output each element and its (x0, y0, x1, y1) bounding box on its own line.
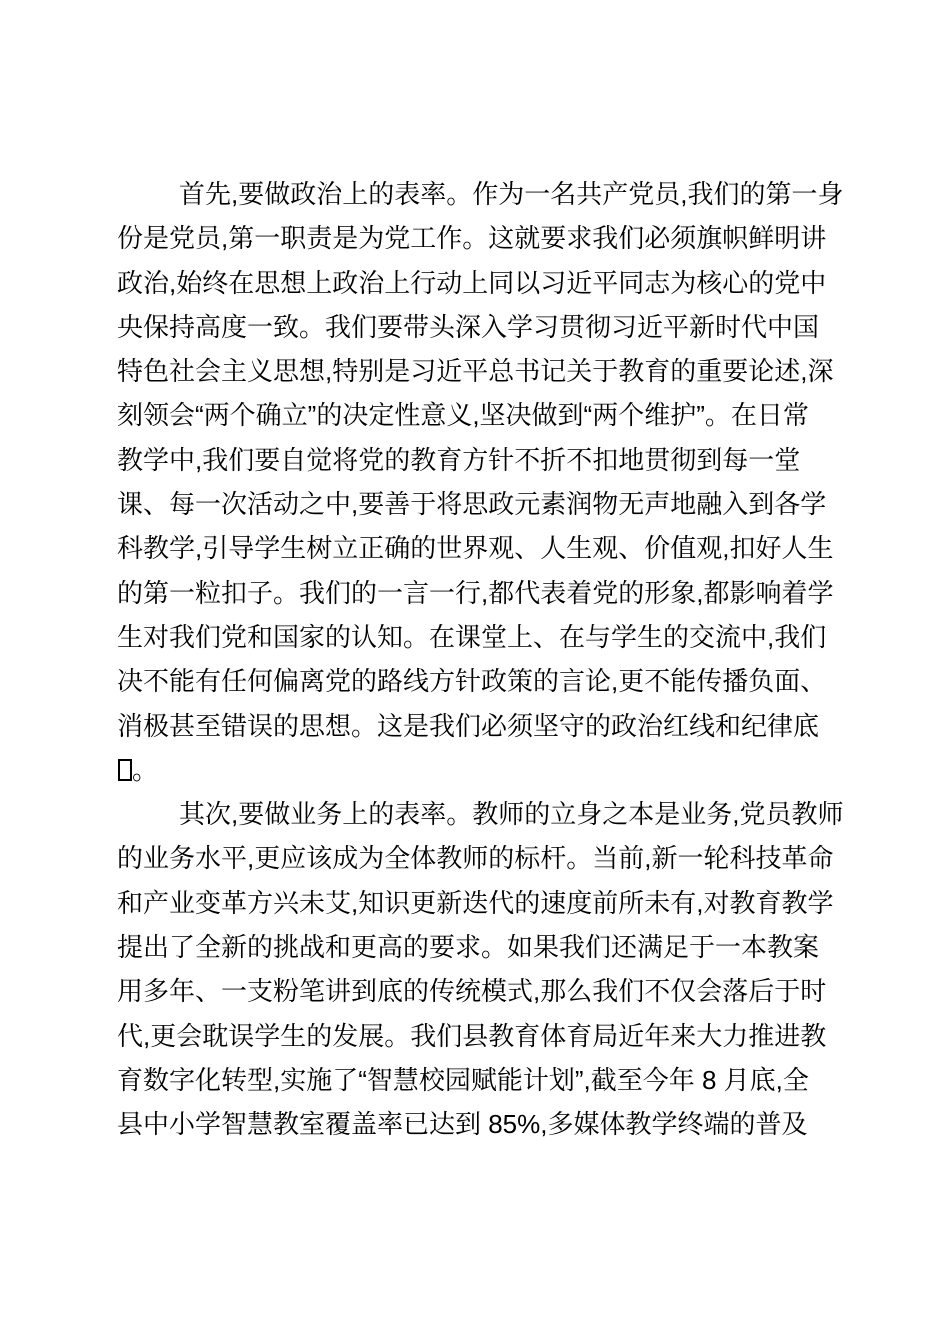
text-line: 决不能有任何偏离党的路线方针政策的言论,更不能传播负面、 (117, 659, 837, 703)
text-after-missing-glyph: 。 (132, 755, 158, 785)
paragraph-1: 首先,要做政治上的表率。作为一名共产党员,我们的第一身 份是党员,第一职责是为党… (117, 172, 950, 792)
text-line: 提出了全新的挑战和更高的要求。如果我们还满足于一本教案 (117, 925, 837, 969)
text-line: 首先,要做政治上的表率。作为一名共产党员,我们的第一身 (117, 172, 837, 216)
text-line: 份是党员,第一职责是为党工作。这就要求我们必须旗帜鲜明讲 (117, 216, 837, 260)
document-page: 首先,要做政治上的表率。作为一名共产党员,我们的第一身 份是党员,第一职责是为党… (0, 0, 950, 1344)
text-line: 科教学,引导学生树立正确的世界观、人生观、价值观,扣好人生 (117, 526, 837, 570)
text-line-with-missing-glyph: 。 (117, 748, 837, 792)
text-line: 刻领会“两个确立”的决定性意义,坚决做到“两个维护”。在日常 (117, 393, 837, 437)
text-line: 用多年、一支粉笔讲到底的传统模式,那么我们不仅会落后于时 (117, 969, 837, 1013)
text-line: 其次,要做业务上的表率。教师的立身之本是业务,党员教师 (117, 792, 837, 836)
paragraph-2: 其次,要做业务上的表率。教师的立身之本是业务,党员教师 的业务水平,更应该成为全… (117, 792, 950, 1146)
text-line: 教学中,我们要自觉将党的教育方针不折不扣地贯彻到每一堂 (117, 438, 837, 482)
text-line: 的第一粒扣子。我们的一言一行,都代表着党的形象,都影响着学 (117, 571, 837, 615)
text-line: 县中小学智慧教室覆盖率已达到 85%,多媒体教学终端的普及 (117, 1102, 837, 1146)
missing-glyph-box (118, 759, 132, 781)
text-line: 育数字化转型,实施了“智慧校园赋能计划”,截至今年 8 月底,全 (117, 1058, 837, 1102)
text-line: 特色社会主义思想,特别是习近平总书记关于教育的重要论述,深 (117, 349, 837, 393)
text-line: 课、每一次活动之中,要善于将思政元素润物无声地融入到各学 (117, 482, 837, 526)
text-line: 的业务水平,更应该成为全体教师的标杆。当前,新一轮科技革命 (117, 836, 837, 880)
text-line: 政治,始终在思想上政治上行动上同以习近平同志为核心的党中 (117, 261, 837, 305)
text-line: 代,更会耽误学生的发展。我们县教育体育局近年来大力推进教 (117, 1014, 837, 1058)
text-line: 生对我们党和国家的认知。在课堂上、在与学生的交流中,我们 (117, 615, 837, 659)
text-line: 和产业变革方兴未艾,知识更新迭代的速度前所未有,对教育教学 (117, 881, 837, 925)
document-content: 首先,要做政治上的表率。作为一名共产党员,我们的第一身 份是党员,第一职责是为党… (0, 0, 950, 1147)
text-line: 消极甚至错误的思想。这是我们必须坚守的政治红线和纪律底 (117, 704, 837, 748)
text-line: 央保持高度一致。我们要带头深入学习贯彻习近平新时代中国 (117, 305, 837, 349)
